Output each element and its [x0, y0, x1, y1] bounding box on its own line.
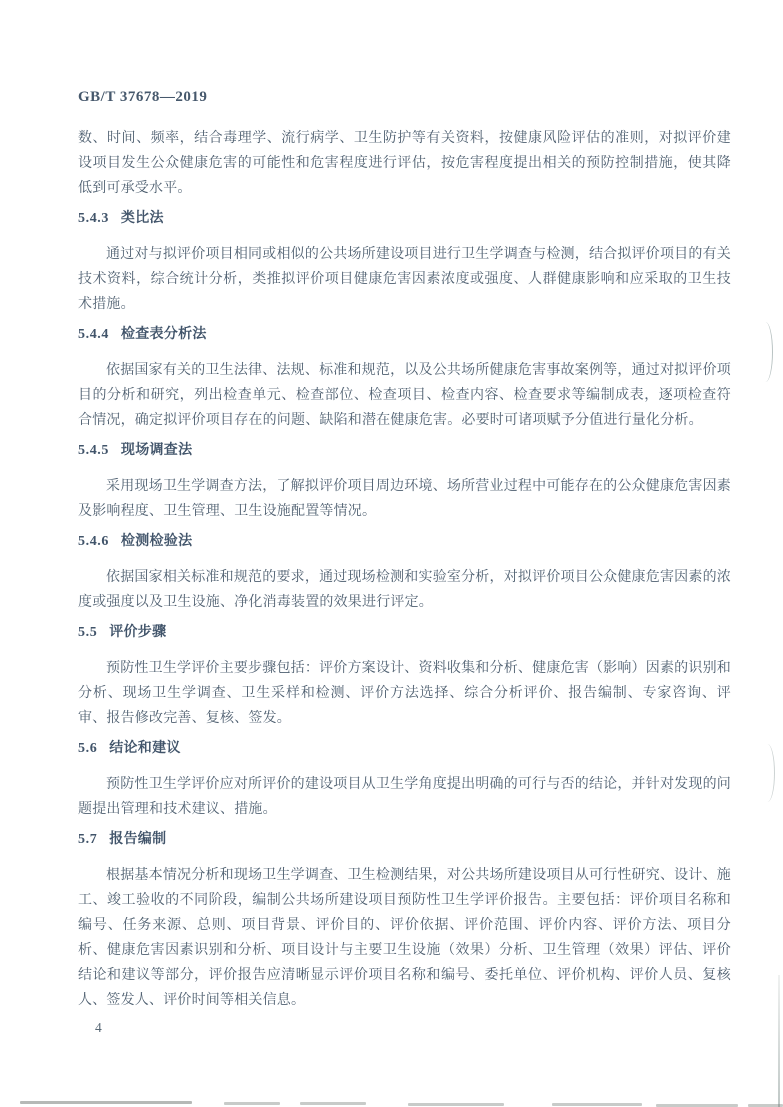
section-title: 类比法: [121, 211, 164, 226]
scan-artifact-bottom-edge: [20, 1101, 192, 1104]
section-paragraph: 预防性卫生学评价应对所评价的建设项目从卫生学角度提出明确的可行与否的结论，并针对…: [78, 772, 731, 822]
scan-artifact-bottom-edge: [224, 1102, 280, 1105]
section-paragraph: 采用现场卫生学调查方法，了解拟评价项目周边环境、场所营业过程中可能存在的公众健康…: [78, 474, 731, 524]
section-title: 报告编制: [109, 832, 166, 847]
section-number: 5.6: [78, 741, 97, 756]
section-heading-5-4-3: 5.4.3类比法: [78, 206, 731, 231]
page-number: 4: [95, 1020, 102, 1036]
section-title: 检测检验法: [121, 534, 193, 549]
section-paragraph: 依据国家相关标准和规范的要求，通过现场检测和实验室分析，对拟评价项目公众健康危害…: [78, 565, 731, 615]
scan-artifact-arc: [760, 744, 775, 802]
standard-number-header: GB/T 37678—2019: [78, 85, 731, 110]
section-number: 5.4.4: [78, 327, 109, 342]
section-title: 结论和建议: [109, 741, 181, 756]
section-number: 5.4.3: [78, 211, 109, 226]
scan-artifact-bottom-edge: [408, 1103, 504, 1106]
section-title: 现场调查法: [121, 443, 193, 458]
section-heading-5-7: 5.7报告编制: [78, 827, 731, 852]
scan-artifact-page-edge: [778, 975, 780, 1107]
document-content: GB/T 37678—2019 数、时间、频率，结合毒理学、流行病学、卫生防护等…: [78, 85, 731, 1018]
section-heading-5-5: 5.5评价步骤: [78, 620, 731, 645]
scan-artifact-bottom-edge: [552, 1103, 642, 1106]
section-number: 5.7: [78, 832, 97, 847]
section-heading-5-4-4: 5.4.4检查表分析法: [78, 322, 731, 347]
section-paragraph: 预防性卫生学评价主要步骤包括：评价方案设计、资料收集和分析、健康危害（影响）因素…: [78, 656, 731, 731]
document-page: GB/T 37678—2019 数、时间、频率，结合毒理学、流行病学、卫生防护等…: [0, 0, 783, 1107]
scan-artifact-arc: [758, 322, 773, 382]
section-number: 5.4.6: [78, 534, 109, 549]
section-number: 5.4.5: [78, 443, 109, 458]
section-heading-5-4-5: 5.4.5现场调查法: [78, 438, 731, 463]
paragraph-continuation: 数、时间、频率，结合毒理学、流行病学、卫生防护等有关资料，按健康风险评估的准则，…: [78, 126, 731, 201]
section-number: 5.5: [78, 625, 97, 640]
scan-artifact-bottom-edge: [300, 1102, 366, 1105]
section-paragraph: 依据国家有关的卫生法律、法规、标准和规范，以及公共场所健康危害事故案例等，通过对…: [78, 358, 731, 433]
scan-artifact-bottom-edge: [748, 1104, 783, 1107]
section-heading-5-4-6: 5.4.6检测检验法: [78, 529, 731, 554]
section-paragraph: 根据基本情况分析和现场卫生学调查、卫生检测结果，对公共场所建设项目从可行性研究、…: [78, 863, 731, 1013]
section-title: 检查表分析法: [121, 327, 207, 342]
scan-artifact-bottom-edge: [656, 1104, 738, 1107]
section-title: 评价步骤: [109, 625, 166, 640]
section-paragraph: 通过对与拟评价项目相同或相似的公共场所建设项目进行卫生学调查与检测，结合拟评价项…: [78, 242, 731, 317]
section-heading-5-6: 5.6结论和建议: [78, 736, 731, 761]
